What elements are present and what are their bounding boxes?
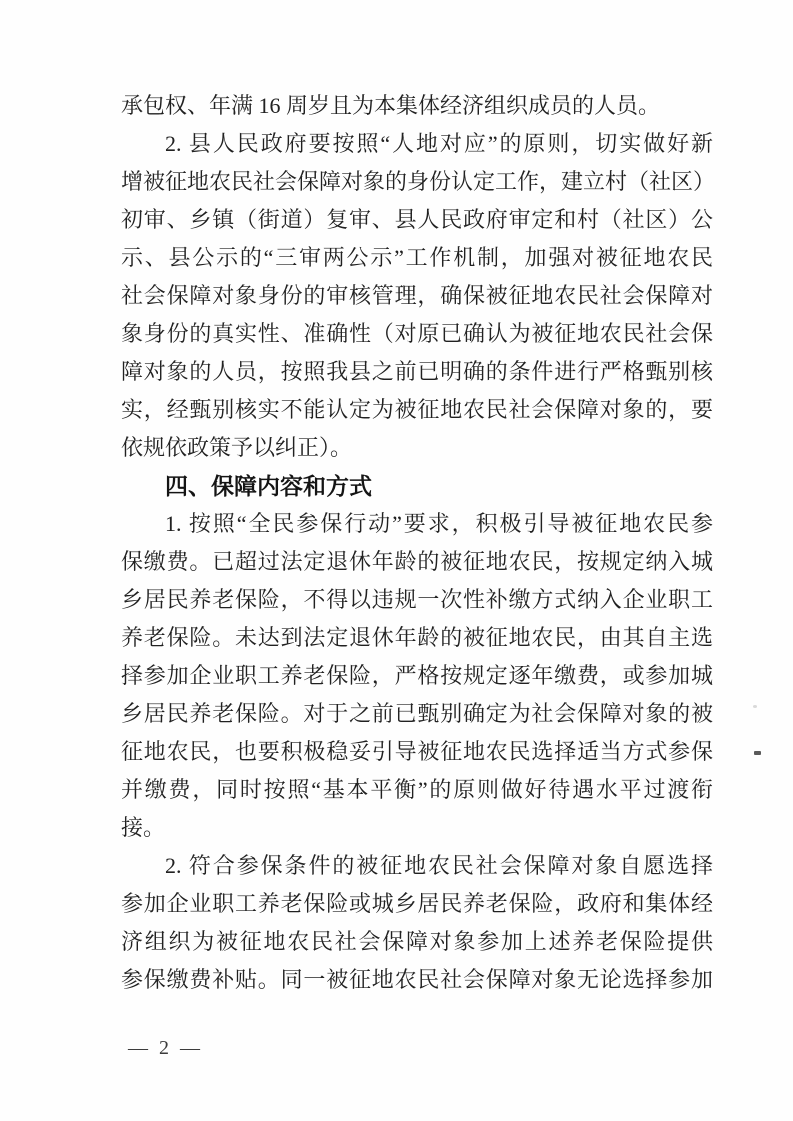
body-line: 社会保障对象身份的审核管理，确保被征地农民社会保障对 [121, 277, 713, 315]
body-line: 乡居民养老保险，不得以违规一次性补缴方式纳入企业职工 [121, 581, 713, 619]
body-line: 1. 按照“全民参保行动”要求，积极引导被征地农民参 [121, 505, 713, 543]
body-line: 初审、乡镇（街道）复审、县人民政府审定和村（社区）公 [121, 201, 713, 239]
body-line: 择参加企业职工养老保险，严格按规定逐年缴费，或参加城 [121, 657, 713, 695]
document-body: 承包权、年满 16 周岁且为本集体经济组织成员的人员。 2. 县人民政府要按照“… [121, 87, 713, 999]
body-line: 实，经甄别核实不能认定为被征地农民社会保障对象的，要 [121, 391, 713, 429]
scan-artifact-mark [754, 751, 761, 755]
body-line: 接。 [121, 809, 713, 847]
page-number: — 2 — [128, 1036, 203, 1060]
body-line: 参保缴费补贴。同一被征地农民社会保障对象无论选择参加 [121, 961, 713, 999]
body-line: 2. 符合参保条件的被征地农民社会保障对象自愿选择 [121, 847, 713, 885]
body-line: 障对象的人员，按照我县之前已明确的条件进行严格甄别核 [121, 353, 713, 391]
body-line: 济组织为被征地农民社会保障对象参加上述养老保险提供 [121, 923, 713, 961]
body-line: 征地农民，也要积极稳妥引导被征地农民选择适当方式参保 [121, 733, 713, 771]
body-line: 2. 县人民政府要按照“人地对应”的原则，切实做好新 [121, 125, 713, 163]
body-line: 增被征地农民社会保障对象的身份认定工作，建立村（社区） [121, 163, 713, 201]
section-heading: 四、保障内容和方式 [121, 467, 713, 505]
body-line: 养老保险。未达到法定退休年龄的被征地农民，由其自主选 [121, 619, 713, 657]
scan-artifact-dot [753, 705, 757, 708]
body-line: 参加企业职工养老保险或城乡居民养老保险，政府和集体经 [121, 885, 713, 923]
body-line: 示、县公示的“三审两公示”工作机制，加强对被征地农民 [121, 239, 713, 277]
body-line: 象身份的真实性、准确性（对原已确认为被征地农民社会保 [121, 315, 713, 353]
body-line: 承包权、年满 16 周岁且为本集体经济组织成员的人员。 [121, 87, 713, 125]
body-line: 依规依政策予以纠正）。 [121, 429, 713, 467]
body-line: 保缴费。已超过法定退休年龄的被征地农民，按规定纳入城 [121, 543, 713, 581]
body-line: 乡居民养老保险。对于之前已甄别确定为社会保障对象的被 [121, 695, 713, 733]
document-page: 承包权、年满 16 周岁且为本集体经济组织成员的人员。 2. 县人民政府要按照“… [0, 0, 793, 1121]
body-line: 并缴费，同时按照“基本平衡”的原则做好待遇水平过渡衔 [121, 771, 713, 809]
